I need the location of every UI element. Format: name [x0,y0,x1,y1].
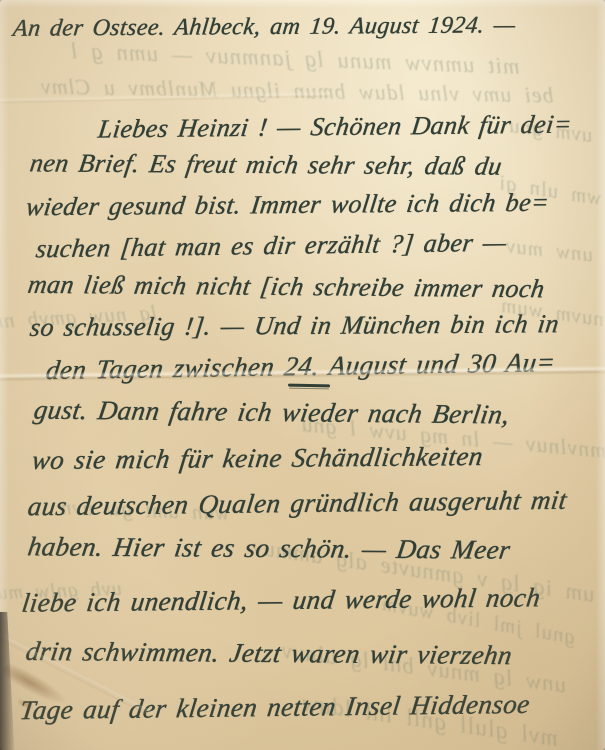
letter-line: Tage auf der kleinen netten Insel Hidden… [18,689,532,726]
letter-line: gust. Dann fahre ich wieder nach Berlin, [32,395,512,431]
letter-line: drin schwimmen. Jetzt waren wir vierzehn [24,636,515,671]
letter-line: wo sie mich für keine Schändlichkeiten [30,441,485,476]
handwriting-layer: An der Ostsee. Ahlbeck, am 19. August 19… [0,0,605,750]
letter-line: suchen [hat man es dir erzählt ?] aber — [34,228,508,265]
letter-line: aus deutschen Qualen gründlich ausgeruht… [26,485,569,523]
letter-line: man ließ mich nicht [ich schreibe immer … [26,270,547,304]
letter-photograph: mit umnvw munu lg janmnuv — umn g l bei … [0,0,605,750]
ink-underline-24-august [288,384,330,388]
letter-line: wieder gesund bist. Immer wollte ich dic… [24,188,551,223]
letter-line: den Tagen zwischen 24. August und 30 Au= [44,347,557,386]
letter-line: liebe ich unendlich, — und werde wohl no… [20,582,542,618]
letter-line: nen Brief. Es freut mich sehr sehr, daß … [28,148,504,181]
letter-line: so schusselig !]. — Und in München bin i… [28,309,561,343]
letter-line: haben. Hier ist es so schön. — Das Meer [26,531,513,565]
letter-line: Liebes Heinzi ! — Schönen Dank für dei= [96,109,574,144]
dateline: An der Ostsee. Ahlbeck, am 19. August 19… [11,12,517,43]
